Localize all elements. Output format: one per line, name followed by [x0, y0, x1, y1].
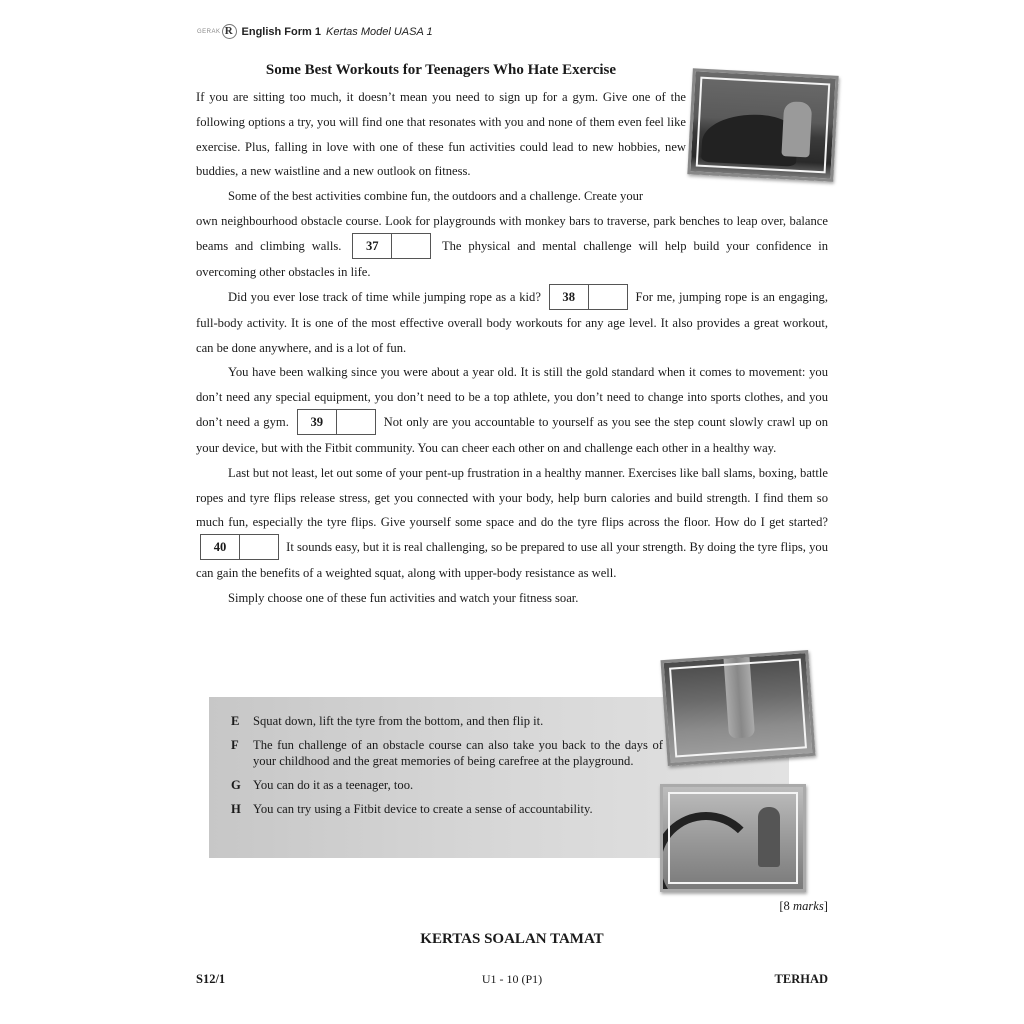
answer-field[interactable] [240, 535, 278, 559]
logo-small-text: GERAK [197, 29, 221, 35]
answer-box-37[interactable]: 37 [352, 233, 431, 259]
marks-label: [8 marks] [779, 899, 828, 914]
question-number: 38 [550, 285, 589, 309]
option-text: Squat down, lift the tyre from the botto… [253, 713, 663, 729]
paragraph-3-part-a: Did you ever lose track of time while ju… [228, 290, 541, 304]
paper-label: Kertas Model UASA 1 [326, 26, 433, 38]
article-title: Some Best Workouts for Teenagers Who Hat… [196, 62, 686, 79]
option-g: G You can do it as a teenager, too. [231, 777, 663, 793]
answer-box-38[interactable]: 38 [549, 284, 628, 310]
subject-label: English Form 1 [242, 26, 321, 38]
marks-word: marks [793, 899, 824, 913]
question-number: 39 [298, 410, 337, 434]
answer-field[interactable] [392, 234, 430, 258]
question-number: 40 [201, 535, 240, 559]
paragraph-5: Last but not least, let out some of your… [196, 461, 828, 586]
option-e: E Squat down, lift the tyre from the bot… [231, 713, 663, 729]
page-header: GERAK R English Form 1 Kertas Model UASA… [197, 24, 433, 39]
answer-field[interactable] [589, 285, 627, 309]
paragraph-4-part-b: Not only are you accountable to yourself… [196, 415, 828, 455]
question-number: 37 [353, 234, 392, 258]
option-letter: G [231, 777, 253, 793]
option-text: You can do it as a teenager, too. [253, 777, 663, 793]
paragraph-2-line-1: Some of the best activities combine fun,… [196, 184, 828, 209]
logo-letter: R [222, 24, 237, 39]
gym-battle-ropes-photo-icon [660, 784, 806, 892]
option-h: H You can try using a Fitbit device to c… [231, 801, 663, 817]
marks-close: ] [824, 899, 828, 913]
paragraph-1: If you are sitting too much, it doesn’t … [196, 85, 686, 184]
footer-page-number: U1 - 10 (P1) [0, 972, 1024, 987]
footer-classification: TERHAD [775, 972, 828, 987]
paragraph-4: You have been walking since you were abo… [196, 360, 828, 461]
paragraph-5-part-a: Last but not least, let out some of your… [196, 466, 828, 530]
paragraph-6: Simply choose one of these fun activitie… [196, 586, 828, 611]
end-of-paper-label: KERTAS SOALAN TAMAT [0, 931, 1024, 948]
options-list: E Squat down, lift the tyre from the bot… [231, 713, 663, 825]
option-text: The fun challenge of an obstacle course … [253, 737, 663, 769]
marks-open: [8 [779, 899, 793, 913]
answer-field[interactable] [337, 410, 375, 434]
paragraph-5-part-b: It sounds easy, but it is real challengi… [196, 540, 828, 580]
publisher-logo-icon: GERAK R [197, 24, 237, 39]
jumping-rope-photo-icon [660, 650, 815, 766]
option-letter: H [231, 801, 253, 817]
answer-box-40[interactable]: 40 [200, 534, 279, 560]
answer-box-39[interactable]: 39 [297, 409, 376, 435]
paragraph-2: own neighbourhood obstacle course. Look … [196, 209, 828, 285]
exam-page: GERAK R English Form 1 Kertas Model UASA… [0, 0, 1024, 1024]
option-letter: F [231, 737, 253, 769]
article-body: If you are sitting too much, it doesn’t … [196, 85, 828, 611]
option-text: You can try using a Fitbit device to cre… [253, 801, 663, 817]
paragraph-3: Did you ever lose track of time while ju… [196, 285, 828, 361]
option-f: F The fun challenge of an obstacle cours… [231, 737, 663, 769]
option-letter: E [231, 713, 253, 729]
